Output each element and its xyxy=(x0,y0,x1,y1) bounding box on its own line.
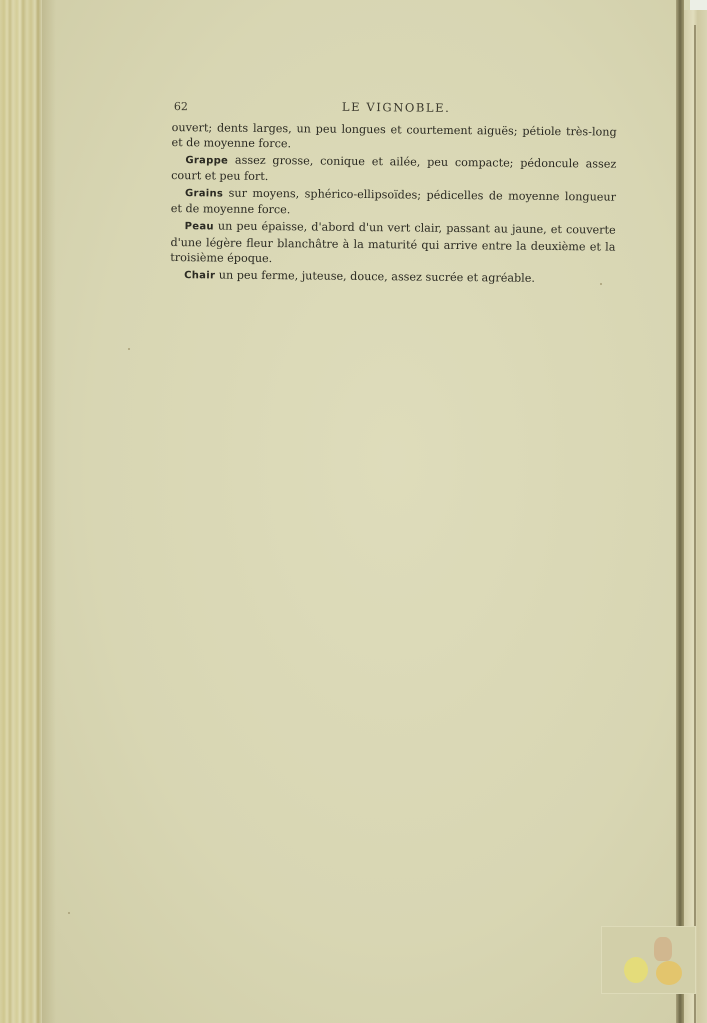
book-gutter xyxy=(676,0,684,1023)
paragraph-grains: Grains sur moyens, sphérico-ellipsoïdes;… xyxy=(171,185,616,221)
paper-speck xyxy=(128,348,130,350)
paragraph-peau: Peau un peu épaisse, d'abord d'un vert c… xyxy=(170,218,615,270)
paper-speck xyxy=(600,283,602,285)
page-header: 62 LE VIGNOBLE. xyxy=(172,98,617,119)
page-content: 62 LE VIGNOBLE. ouvert; dents larges, un… xyxy=(170,98,617,289)
paragraph-text: assez grosse, conique et ailée, peu comp… xyxy=(171,154,616,184)
paragraph-text: un peu ferme, juteuse, douce, assez sucr… xyxy=(215,268,535,284)
paragraph-text: ouvert; dents larges, un peu longues et … xyxy=(171,121,616,151)
paragraph-chair: Chair un peu ferme, juteuse, douce, asse… xyxy=(170,267,615,288)
left-page-shadow xyxy=(42,0,56,1023)
watermark-thumbnail xyxy=(601,926,696,994)
term-label: Grains xyxy=(185,188,223,199)
paragraph-grappe: Grappe assez grosse, conique et ailée, p… xyxy=(171,152,616,188)
fruit-left-icon xyxy=(624,957,648,983)
running-head: LE VIGNOBLE. xyxy=(342,100,451,115)
paragraph-continuation: ouvert; dents larges, un peu longues et … xyxy=(171,120,616,155)
figure-icon xyxy=(654,937,672,961)
paragraph-text: sur moyens, sphérico-ellipsoïdes; pédice… xyxy=(171,187,616,217)
fruit-right-icon xyxy=(656,961,682,985)
term-label: Chair xyxy=(184,270,215,281)
paper-speck xyxy=(68,912,70,914)
book-left-page-edges xyxy=(0,0,42,1023)
paragraph-text: un peu épaisse, d'abord d'un vert clair,… xyxy=(170,220,615,265)
next-page-fold-line xyxy=(694,25,696,1023)
term-label: Peau xyxy=(185,221,214,232)
page-number: 62 xyxy=(174,100,188,113)
term-label: Grappe xyxy=(185,155,228,166)
